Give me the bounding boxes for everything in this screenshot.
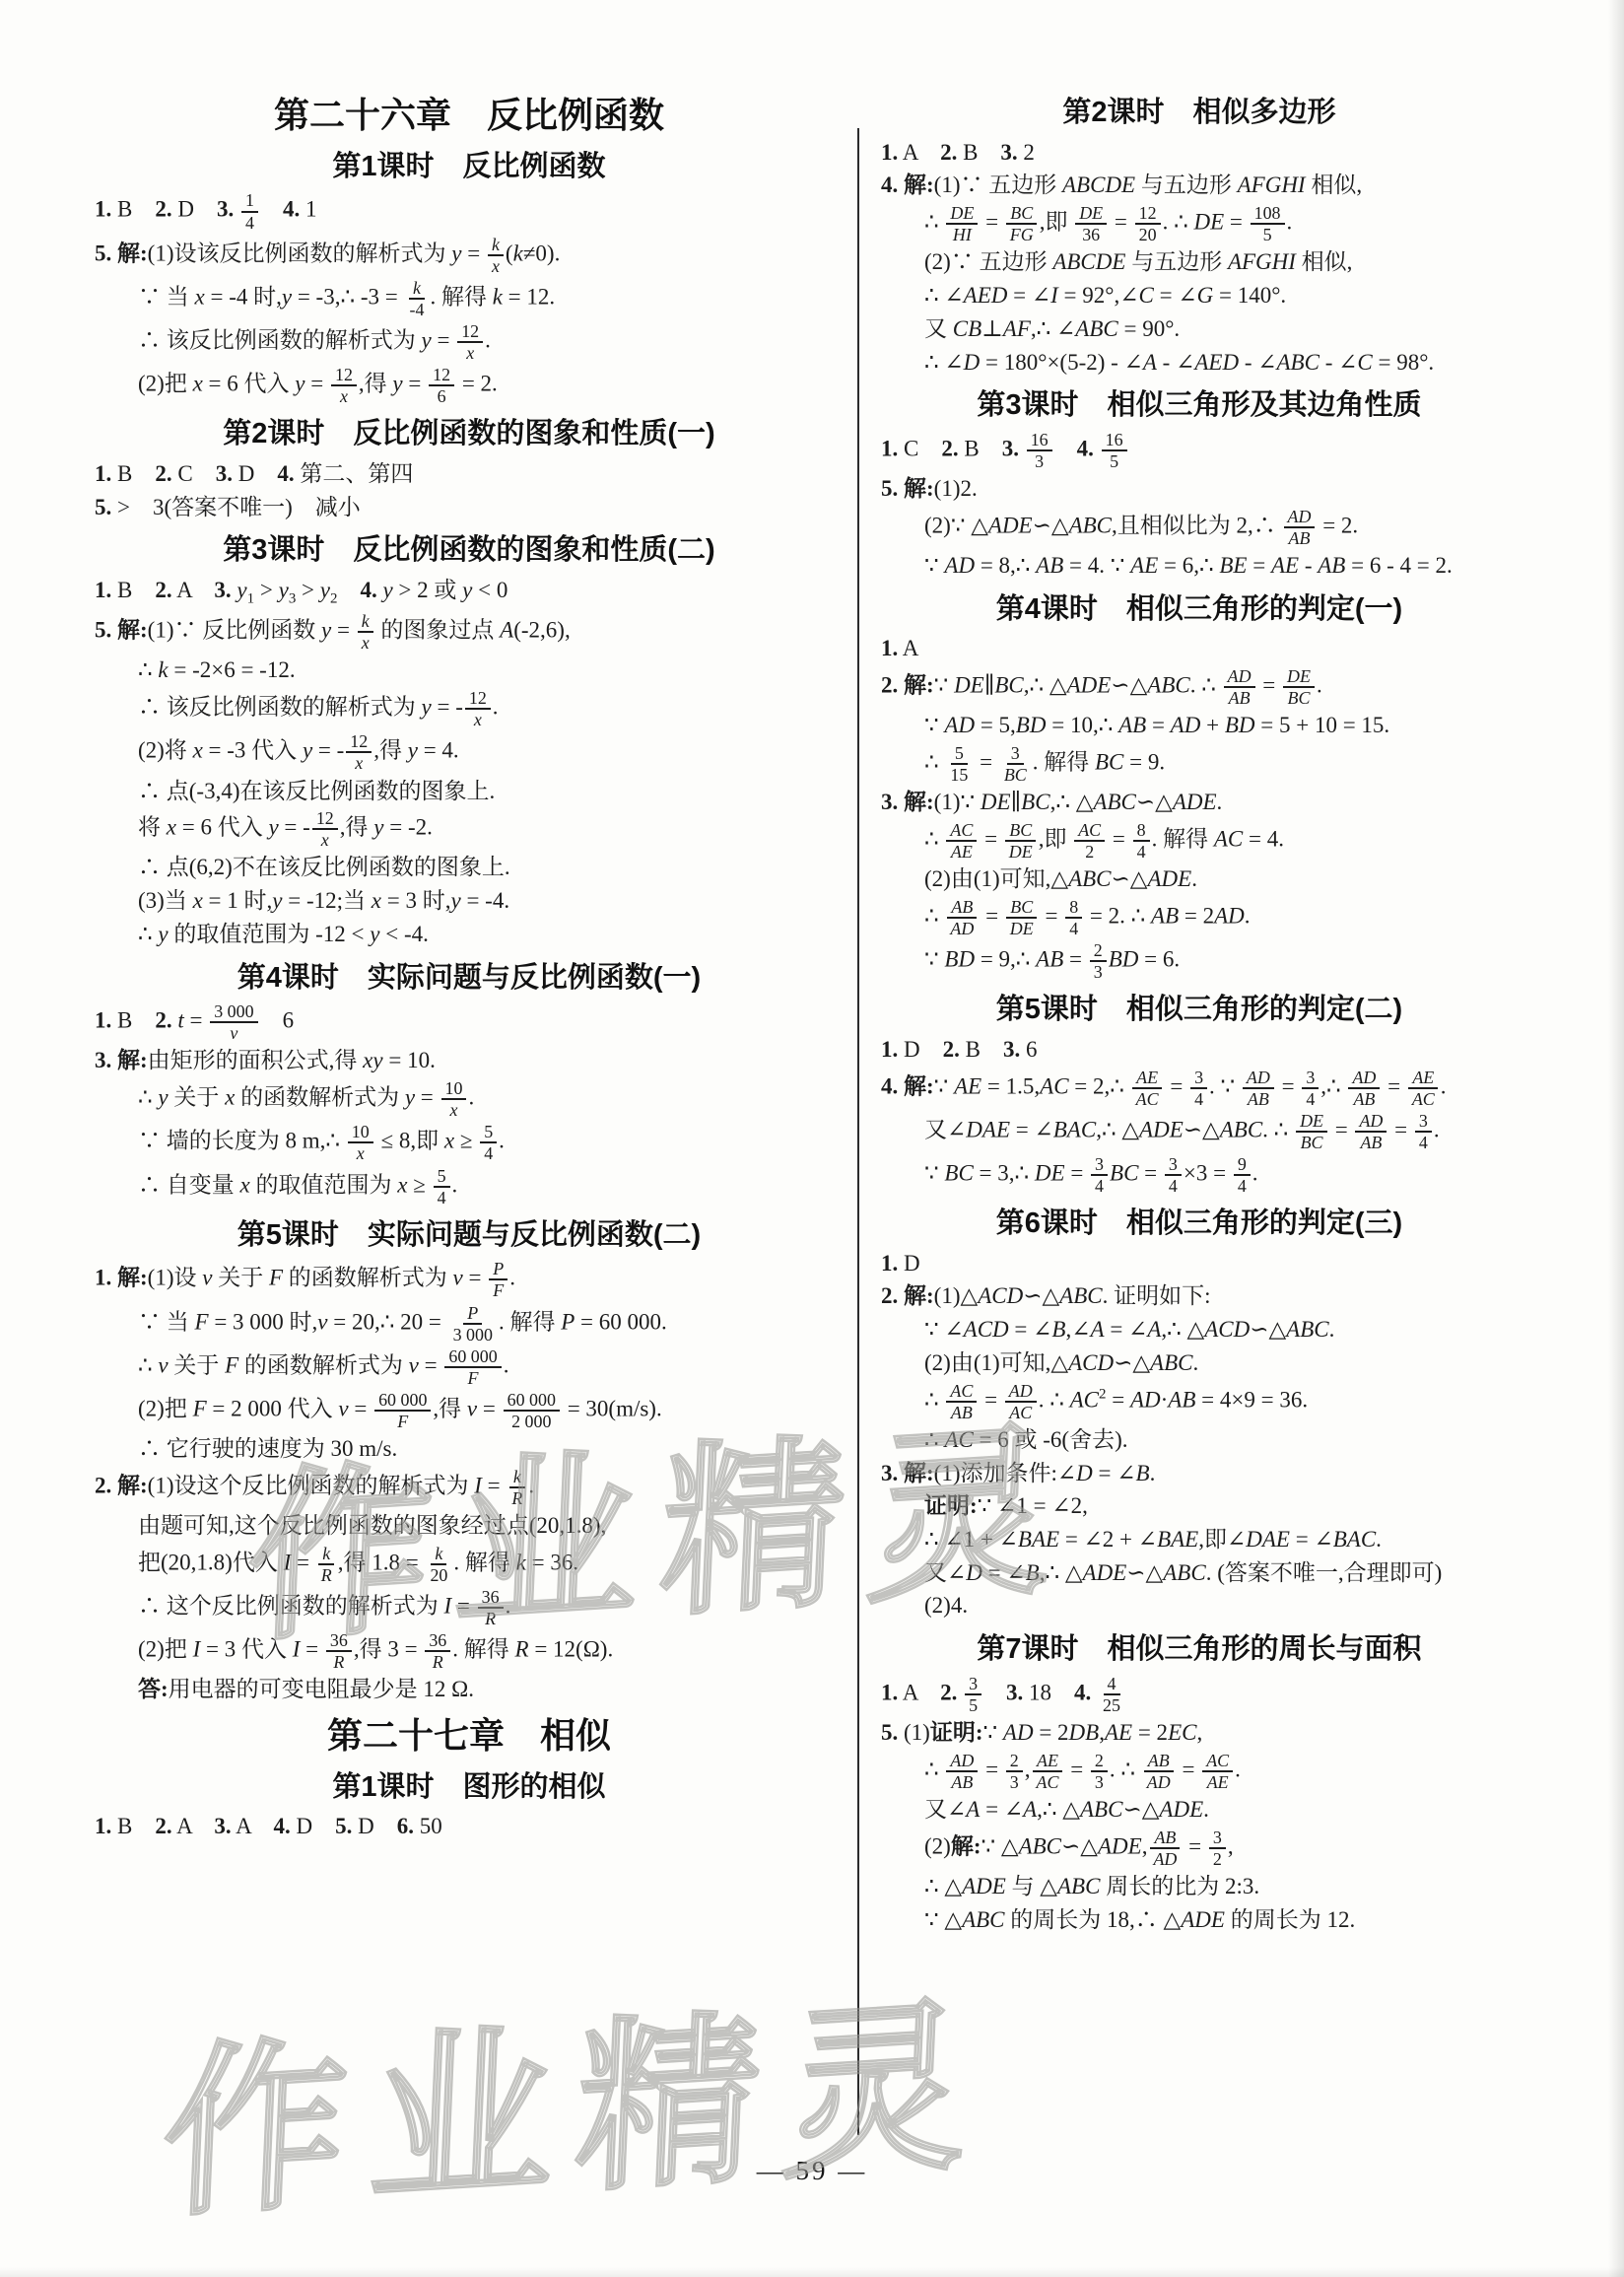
answer-line: 3. 解:(1)∵ DE∥BC,∴ △ABC∽△ADE. <box>881 787 1518 818</box>
answer-line: 由题可知,这个反比例函数的图象经过点(20,1.8), <box>95 1510 844 1542</box>
answer-line: ∴ 这个反比例函数的解析式为 I = 36R. <box>95 1587 844 1628</box>
section-heading: 第7课时 相似三角形的周长与面积 <box>881 1631 1518 1669</box>
answer-line: ∴ k = -2×6 = -12. <box>95 655 844 686</box>
left-column: 第二十六章 反比例函数第1课时 反比例函数1. B 2. D 3. 14 4. … <box>95 85 857 1844</box>
section-heading: 第5课时 实际问题与反比例函数(二) <box>95 1217 844 1255</box>
answer-line: ∴ 该反比例函数的解析式为 y = -12x. <box>95 688 844 729</box>
answer-line: 5. > 3(答案不唯一) 减小 <box>95 492 844 523</box>
answer-line: 1. 解:(1)设 v 关于 F 的函数解析式为 v = PF. <box>95 1259 844 1300</box>
answer-line: ∴ 515 = 3BC. 解得 BC = 9. <box>881 743 1518 785</box>
chapter-heading: 第二十七章 相似 <box>95 1713 844 1759</box>
answer-line: 又∠D = ∠B,∴ △ADE∽△ABC. (答案不唯一,合理即可) <box>881 1557 1518 1589</box>
answer-line: 1. A <box>881 633 1518 664</box>
answer-line: (2)把 x = 6 代入 y = 12x,得 y = 126 = 2. <box>95 365 844 406</box>
answer-line: 1. D <box>881 1248 1518 1279</box>
answer-line: ∵ 墙的长度为 8 m,∴ 10x ≤ 8,即 x ≥ 54. <box>95 1122 844 1163</box>
answer-line: ∴ AC = 6 或 -6(舍去). <box>881 1424 1518 1456</box>
section-heading: 第2课时 反比例函数的图象和性质(一) <box>95 416 844 453</box>
answer-line: ∴ ABAD = BCDE = 84 = 2. ∴ AB = 2AD. <box>881 897 1518 938</box>
answer-line: 2. 解:(1)△ACD∽△ABC. 证明如下: <box>881 1280 1518 1312</box>
answer-line: ∵ BC = 3,∴ DE = 34BC = 34×3 = 94. <box>881 1154 1518 1196</box>
answer-line: 2. 解:(1)设这个反比例函数的解析式为 I = kR. <box>95 1467 844 1508</box>
right-column: 第2课时 相似多边形1. A 2. B 3. 24. 解:(1)∵ 五边形 AB… <box>859 85 1518 1937</box>
answer-line: ∴ y 的取值范围为 -12 < y < -4. <box>95 919 844 950</box>
section-heading: 第5课时 相似三角形的判定(二) <box>881 992 1518 1029</box>
answer-line: ∴ DEHI = BCFG,即 DE36 = 1220. ∴ DE = 1085… <box>881 203 1518 244</box>
answer-line: 1. A 2. 35 3. 18 4. 425 <box>881 1674 1518 1715</box>
section-heading: 第2课时 相似多边形 <box>881 95 1518 132</box>
answer-line: ∴ 自变量 x 的取值范围为 x ≥ 54. <box>95 1166 844 1207</box>
answer-line: 3. 解:由矩形的面积公式,得 xy = 10. <box>95 1045 844 1076</box>
answer-line: 1. D 2. B 3. 6 <box>881 1034 1518 1066</box>
answer-line: 1. A 2. B 3. 2 <box>881 137 1518 169</box>
answer-line: ∴ 点(-3,4)在该反比例函数的图象上. <box>95 776 844 807</box>
answer-line: ∴ v 关于 F 的函数解析式为 v = 60 000F. <box>95 1346 844 1388</box>
section-heading: 第1课时 反比例函数 <box>95 149 844 186</box>
answer-line: ∴ 它行驶的速度为 30 m/s. <box>95 1433 844 1465</box>
answer-line: 1. C 2. B 3. 163 4. 165 <box>881 430 1518 471</box>
section-heading: 第6课时 相似三角形的判定(三) <box>881 1206 1518 1243</box>
answer-line: (2)由(1)可知,△ACD∽△ABC. <box>881 1347 1518 1379</box>
answer-line: ∵ △ABC 的周长为 18,∴ △ADE 的周长为 12. <box>881 1904 1518 1936</box>
section-heading: 第1课时 图形的相似 <box>95 1769 844 1807</box>
workbook-page: 第二十六章 反比例函数第1课时 反比例函数1. B 2. D 3. 14 4. … <box>0 0 1624 2277</box>
answer-line: 4. 解:(1)∵ 五边形 ABCDE 与五边形 AFGHI 相似, <box>881 170 1518 201</box>
page-footer: — 59 — <box>0 2156 1624 2186</box>
answer-line: (3)当 x = 1 时,y = -12;当 x = 3 时,y = -4. <box>95 885 844 917</box>
answer-line: ∴ ADAB = 23,AEAC = 23. ∴ ABAD = ACAE. <box>881 1751 1518 1792</box>
answer-line: 5. 解:(1)设该反比例函数的解析式为 y = kx(k≠0). <box>95 235 844 276</box>
answer-line: 3. 解:(1)添加条件:∠D = ∠B. <box>881 1458 1518 1489</box>
answer-line: (2)∵ △ADE∽△ABC,且相似比为 2,∴ ADAB = 2. <box>881 507 1518 548</box>
answer-line: (2)∵ 五边形 ABCDE 与五边形 AFGHI 相似, <box>881 246 1518 278</box>
answer-line: ∵ BD = 9,∴ AB = 23BD = 6. <box>881 940 1518 982</box>
answer-line: 答:用电器的可变电阻最少是 12 Ω. <box>95 1674 844 1705</box>
page-content: 第二十六章 反比例函数第1课时 反比例函数1. B 2. D 3. 14 4. … <box>95 85 1553 2135</box>
answer-line: (2)把 F = 2 000 代入 v = 60 000F,得 v = 60 0… <box>95 1390 844 1431</box>
page-number: — 59 — <box>757 2156 868 2185</box>
answer-line: 又∠DAE = ∠BAC,∴ △ADE∽△ABC. ∴ DEBC = ADAB … <box>881 1111 1518 1152</box>
scan-edge-right <box>1608 0 1624 2277</box>
answer-line: ∴ ACAB = ADAC. ∴ AC2 = AD·AB = 4×9 = 36. <box>881 1381 1518 1422</box>
answer-line: ∴ 该反比例函数的解析式为 y = 12x. <box>95 321 844 363</box>
answer-line: 1. B 2. A 3. y1 > y3 > y2 4. y > 2 或 y <… <box>95 575 844 609</box>
section-heading: 第3课时 反比例函数的图象和性质(二) <box>95 532 844 570</box>
answer-line: (2)将 x = -3 代入 y = -12x,得 y = 4. <box>95 731 844 773</box>
answer-line: (2)由(1)可知,△ABC∽△ADE. <box>881 863 1518 895</box>
answer-line: 1. B 2. C 3. D 4. 第二、第四 <box>95 458 844 490</box>
answer-line: (2)解:∵ △ABC∽△ADE,ABAD = 32, <box>881 1828 1518 1869</box>
answer-line: ∵ 当 F = 3 000 时,v = 20,∴ 20 = P3 000. 解得… <box>95 1303 844 1345</box>
answer-line: 1. B 2. D 3. 14 4. 1 <box>95 190 844 232</box>
answer-line: 又 CB⊥AF,∴ ∠ABC = 90°. <box>881 313 1518 345</box>
scan-edge-bottom <box>0 2267 1624 2277</box>
answer-line: 5. 解:(1)2. <box>881 473 1518 505</box>
answer-line: 把(20,1.8)代入 I = kR,得 1.8 = k20. 解得 k = 3… <box>95 1544 844 1585</box>
answer-line: 将 x = 6 代入 y = -12x,得 y = -2. <box>95 808 844 850</box>
section-heading: 第4课时 实际问题与反比例函数(一) <box>95 960 844 998</box>
answer-line: ∵ AD = 8,∴ AB = 4. ∵ AE = 6,∴ BE = AE - … <box>881 550 1518 582</box>
answer-line: 4. 解:∵ AE = 1.5,AC = 2,∴ AEAC = 34. ∵ AD… <box>881 1068 1518 1109</box>
answer-line: 2. 解:∵ DE∥BC,∴ △ADE∽△ABC. ∴ ADAB = DEBC. <box>881 666 1518 708</box>
answer-line: ∴ ACAE = BCDE,即 AC2 = 84. 解得 AC = 4. <box>881 820 1518 862</box>
answer-line: 5. 解:(1)∵ 反比例函数 y = kx 的图象过点 A(-2,6), <box>95 611 844 653</box>
answer-line: (2)把 I = 3 代入 I = 36R,得 3 = 36R. 解得 R = … <box>95 1630 844 1672</box>
answer-line: ∴ y 关于 x 的函数解析式为 y = 10x. <box>95 1078 844 1120</box>
answer-line: 1. B 2. t = 3 000v 6 <box>95 1001 844 1043</box>
section-heading: 第3课时 相似三角形及其边角性质 <box>881 387 1518 425</box>
answer-line: 5. (1)证明:∵ AD = 2DB,AE = 2EC, <box>881 1717 1518 1749</box>
answer-line: ∴ 点(6,2)不在该反比例函数的图象上. <box>95 852 844 883</box>
answer-line: ∴ ∠D = 180°×(5-2) - ∠A - ∠AED - ∠ABC - ∠… <box>881 347 1518 379</box>
answer-line: ∴ ∠AED = ∠I = 92°,∠C = ∠G = 140°. <box>881 280 1518 311</box>
answer-line: ∵ AD = 5,BD = 10,∴ AB = AD + BD = 5 + 10… <box>881 710 1518 741</box>
answer-line: 证明:∵ ∠1 = ∠2, <box>881 1490 1518 1522</box>
answer-line: ∵ 当 x = -4 时,y = -3,∴ -3 = k-4. 解得 k = 1… <box>95 278 844 319</box>
answer-line: ∴ ∠1 + ∠BAE = ∠2 + ∠BAE,即∠DAE = ∠BAC. <box>881 1524 1518 1555</box>
answer-line: ∴ △ADE 与 △ABC 周长的比为 2:3. <box>881 1871 1518 1902</box>
section-heading: 第4课时 相似三角形的判定(一) <box>881 591 1518 629</box>
answer-line: 又∠A = ∠A,∴ △ABC∽△ADE. <box>881 1794 1518 1826</box>
answer-line: ∵ ∠ACD = ∠B,∠A = ∠A,∴ △ACD∽△ABC. <box>881 1314 1518 1345</box>
answer-line: 1. B 2. A 3. A 4. D 5. D 6. 50 <box>95 1811 844 1842</box>
chapter-heading: 第二十六章 反比例函数 <box>95 93 844 139</box>
answer-line: (2)4. <box>881 1590 1518 1621</box>
